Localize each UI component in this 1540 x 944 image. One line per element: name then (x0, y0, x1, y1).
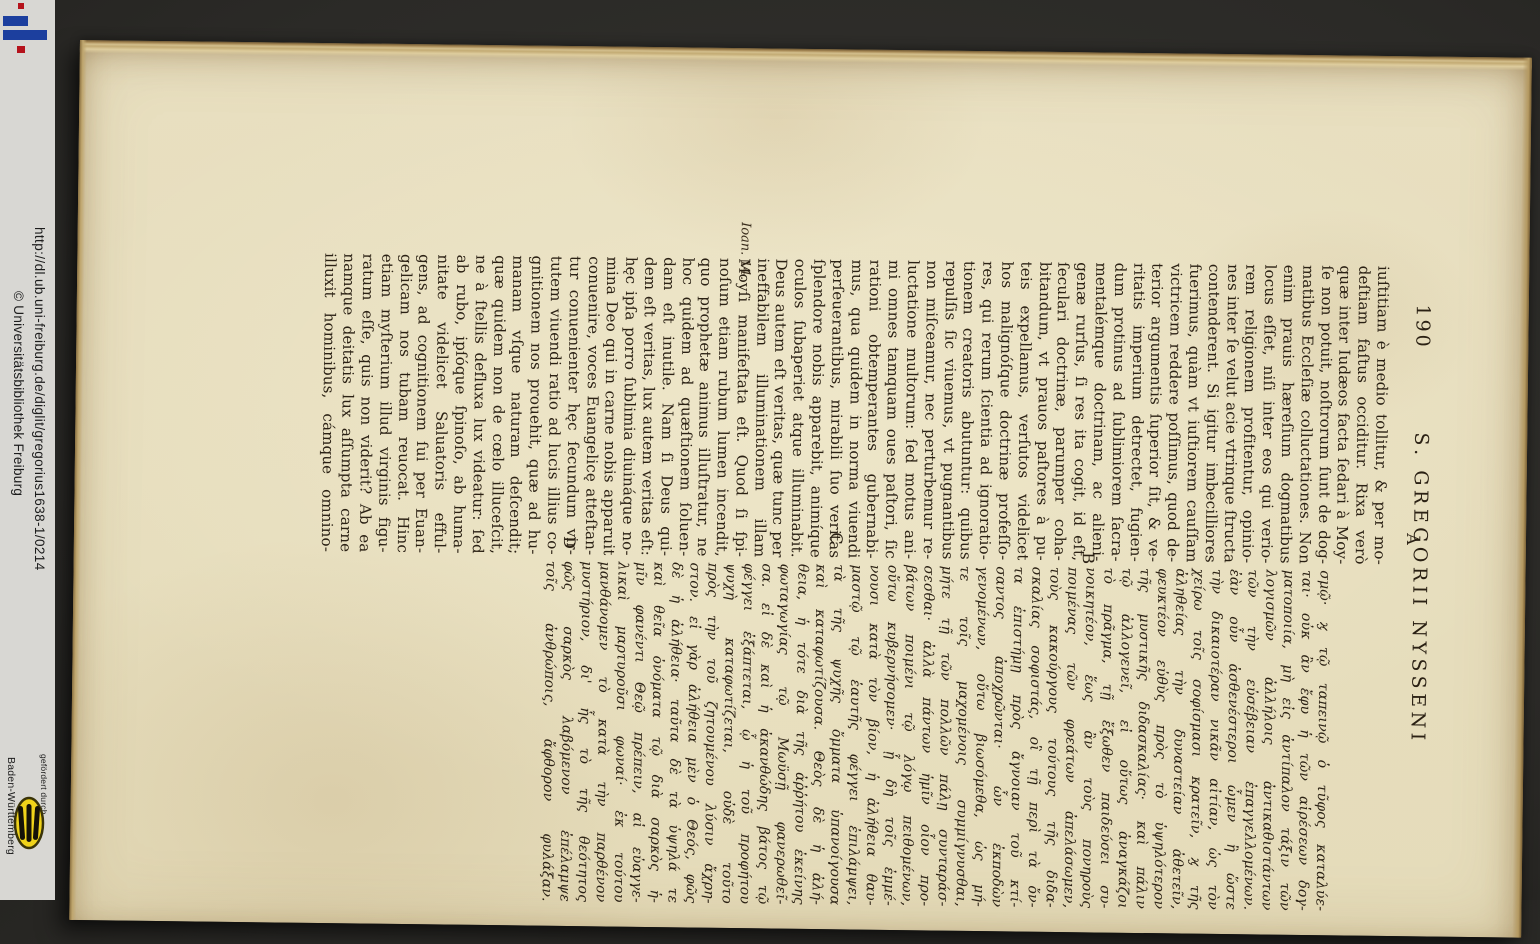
text-line: victricem reddere poſſimus, quod de- (1163, 263, 1185, 562)
scan-source-url: http://dl.ub.uni-freiburg.de/diglit/greg… (32, 227, 47, 571)
text-line: etiam myſterium illud virginis figu- (374, 254, 396, 553)
page-content-rotated: 190 S. GREGORII NYSSENI A B C D Ioan. 14… (69, 46, 1525, 900)
text-line: luctatione multorum: ſed motus ani- (900, 260, 922, 559)
funding-region-label: Baden-Württemberg (5, 757, 17, 855)
text-line: perſeuerantibus, mirabili ſuo veritas (825, 259, 847, 558)
university-library-logo-icon (0, 0, 55, 60)
text-line: gnitionem nos prouehit, quæ ad hu- (524, 255, 546, 554)
logo-red-square-icon (17, 46, 25, 53)
text-line: repulſis ſic viuemus, vt pugnantibus (938, 261, 960, 560)
copyright-notice: © Universitätsbibliothek Freiburg (11, 291, 26, 496)
text-line: iuſtitiam è medio tollitur, & per mo- (1370, 266, 1392, 565)
text-line: tur conuenienter hęc ſecundum vir- (562, 256, 584, 555)
text-line: mus, qua quidem in norma viuendi (844, 259, 866, 558)
latin-column: iuſtitiam è medio tollitur, & per mo-deſ… (317, 253, 1392, 565)
text-line: enim prauis hæreſium dogmatibus (1276, 265, 1298, 564)
text-line: conuenire, voces Euangelicę atteſtan- (580, 256, 602, 555)
scanned-page: 190 S. GREGORII NYSSENI A B C D Ioan. 14… (69, 40, 1532, 900)
text-line: nes inter ſe velut acie vtrinque ſtructa (1220, 264, 1242, 563)
section-marker-a: A (1403, 533, 1422, 545)
text-line: deſtiam faſtus occiditur. Rixa verò (1351, 266, 1373, 565)
baden-wuerttemberg-coat-of-arms-icon (13, 796, 45, 850)
text-line: ab rubo, ipſóque ſpinoſo, ab huma- (449, 255, 471, 554)
text-line: mentalémque doctrinam, ac alieni- (1088, 262, 1110, 561)
text-line: hos malignóſque doctrinæ profeſſo- (994, 261, 1016, 560)
text-line: res, qui rerum ſcientia ad ignoratio- (975, 261, 997, 560)
running-header: S. GREGORII NYSSENI (1406, 432, 1432, 744)
text-line: bitandum, vt prauos paſtores à pu- (1032, 262, 1054, 561)
text-line: matibus Eccleſiæ colluctationes. Non (1295, 265, 1317, 564)
text-line: mi omnes tamquam oues paſtori, ſic (881, 260, 903, 559)
text-line: noſum etiam rubum lumen incendit, (712, 258, 734, 557)
text-line: tutem viuendi ratio ad lucis illius co- (543, 256, 565, 555)
text-line: locus eſſet, niſi inter eos qui verio- (1257, 264, 1279, 563)
text-line: ſe non potuit, noſtrorum ſunt de dog- (1314, 265, 1336, 564)
text-line: Moyſi manifeſtata eſt. Quod ſi ſpi- (731, 258, 753, 557)
text-line: ratum eſſe, quis non viderit? Ab ea (355, 253, 377, 552)
text-line: non miſceamur, nec perturbemur re- (919, 260, 941, 559)
text-line: fuerimus, quàm vt iuſtiorem cauſſam (1182, 264, 1204, 563)
text-line: hęc ipſa porro ſublimia diuináque no- (618, 257, 640, 556)
logo-blue-bar-icon (3, 16, 28, 26)
text-line: quæ quidem non de cœlo illuceſcit, (487, 255, 509, 554)
text-line: teis expellamus, verſutos videlicet (1013, 261, 1035, 560)
caption-sidebar: http://dl.ub.uni-freiburg.de/diglit/greg… (0, 0, 55, 900)
text-line: hoc quidem ad quæſtionem ſoluen- (674, 257, 696, 556)
text-line: dem eſt veritas, lux autem veritas eſt: (637, 257, 659, 556)
text-line: dam eſt inutile. Nam ſi Deus qui- (656, 257, 678, 556)
text-line: gelicam nos tubam reuocat. Hinc (393, 254, 415, 553)
page-number: 190 (1411, 304, 1434, 350)
text-line: dum protinus ad ſublimiorem ſacra- (1107, 263, 1129, 562)
text-line: ne à ſtellis defluxa lux videatur: ſed (468, 255, 490, 554)
text-line: ritatis imperium detrectet, fugien- (1126, 263, 1148, 562)
logo-red-square-icon (18, 3, 24, 9)
text-line: contenderent. Si igitur imbecilliores (1201, 264, 1223, 563)
text-line: namque deitatis lux aſſumpta carne (336, 253, 358, 552)
text-line: nitate videlicet Saluatoris efful- (430, 254, 452, 553)
text-line: ineffabilem illuminationem illam (750, 258, 772, 557)
greek-column: σμῷ· ϗ τῷ ταπεινῷ ὁ τῦφος καταλύε-ται· ο… (538, 561, 1334, 900)
text-line: ſplendore nobis apparebit, animíque (806, 259, 828, 558)
text-line: genæ rurſus, ſi res ita cogit, id eſt, (1069, 262, 1091, 561)
logo-blue-bar-icon (3, 30, 47, 40)
